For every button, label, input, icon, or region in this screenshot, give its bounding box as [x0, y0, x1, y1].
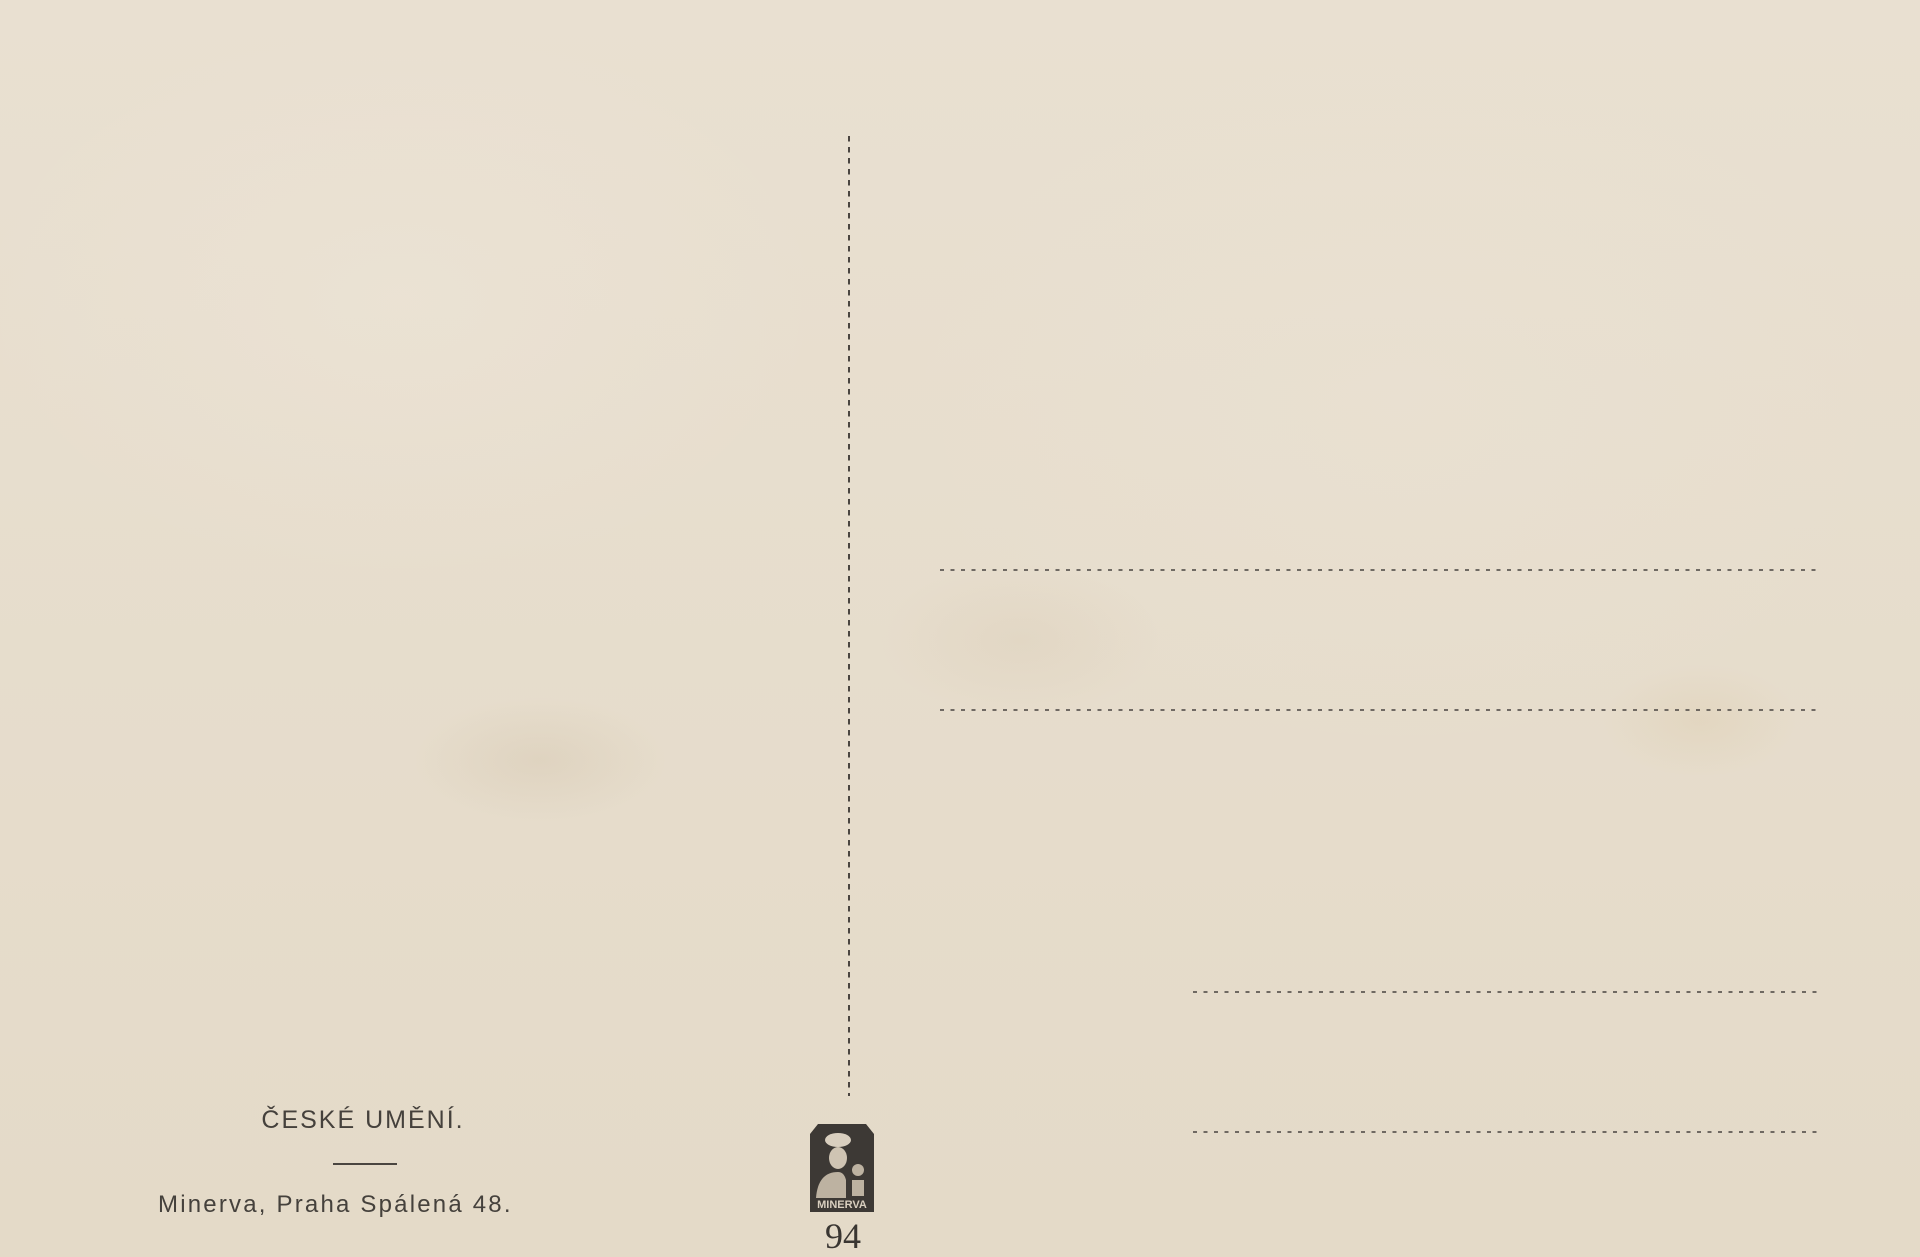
- minerva-publisher-logo-icon: MINERVA: [808, 1120, 876, 1215]
- address-line-2: [940, 709, 1822, 711]
- card-number: 94: [815, 1218, 871, 1254]
- series-title: ČESKÉ UMĚNÍ.: [150, 1106, 576, 1135]
- address-line-3: [1193, 991, 1822, 993]
- center-dotted-divider: [848, 136, 850, 1096]
- publisher-line: Minerva, Praha Spálená 48.: [158, 1191, 513, 1219]
- title-rule: [333, 1163, 397, 1165]
- svg-text:MINERVA: MINERVA: [817, 1199, 867, 1211]
- postcard-back: ČESKÉ UMĚNÍ. Minerva, Praha Spálená 48. …: [0, 0, 1920, 1257]
- address-line-4: [1193, 1131, 1822, 1133]
- address-line-1: [940, 569, 1822, 571]
